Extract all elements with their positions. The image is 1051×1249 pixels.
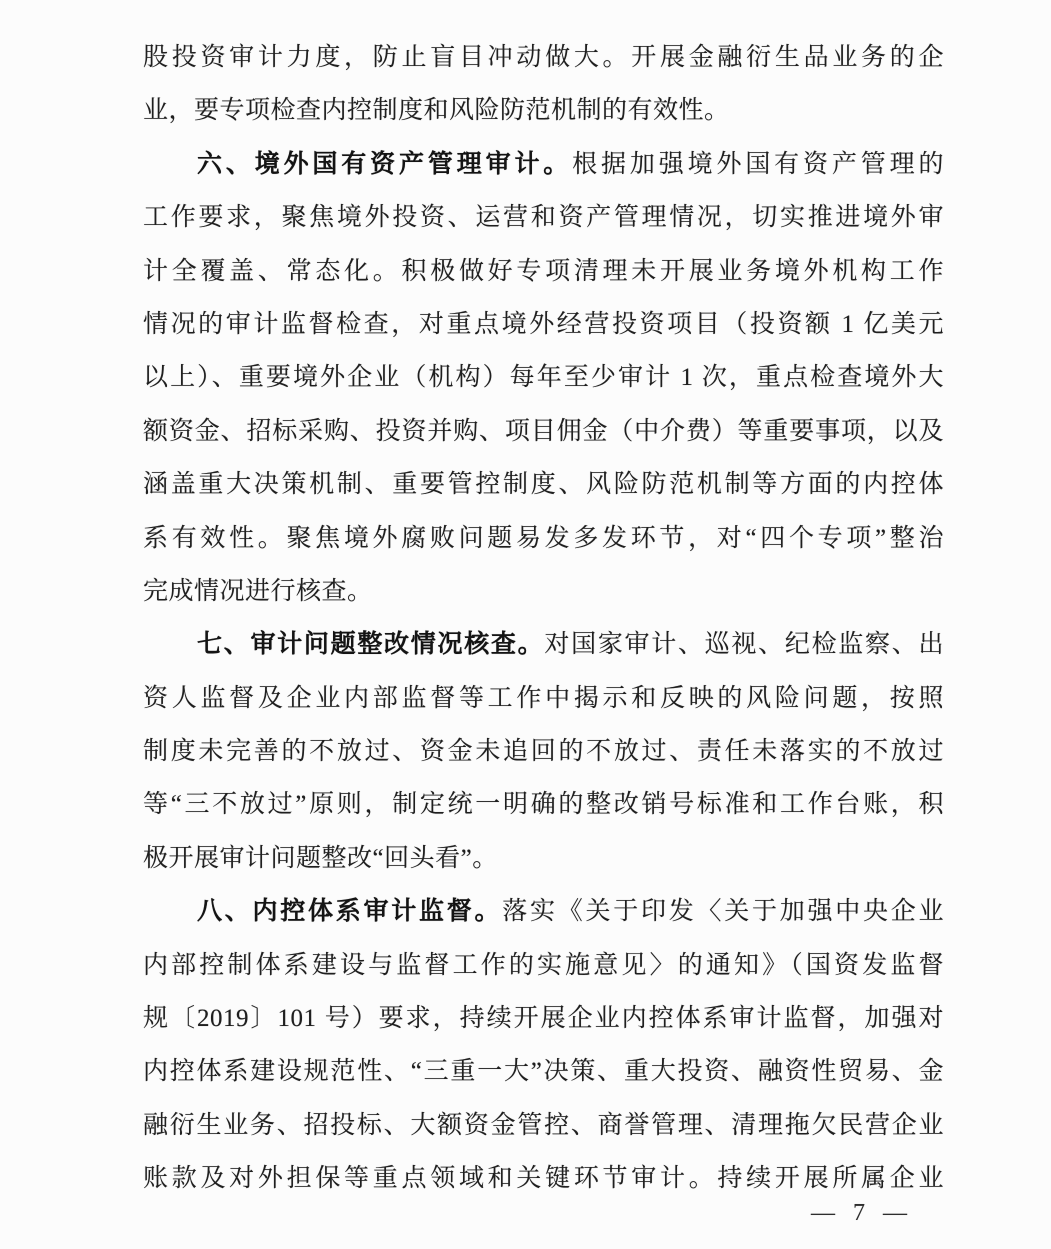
body-text: 计全覆盖、常态化。积极做好专项清理未开展业务境外机构工作 [143, 258, 944, 285]
body-text: 资人监督及企业内部监督等工作中揭示和反映的风险问题，按照 [143, 685, 944, 712]
text-line-9: 涵盖重大决策机制、重要管控制度、风险防范机制等方面的内控体 [143, 458, 944, 511]
body-text: 工作要求，聚焦境外投资、运营和资产管理情况，切实推进境外审 [143, 204, 944, 231]
page-number: — 7 — [811, 1200, 913, 1227]
text-line-22: 账款及对外担保等重点领域和关键环节审计。持续开展所属企业 [143, 1152, 944, 1205]
body-text: 情况的审计监督检查，对重点境外经营投资项目（投资额 1 亿美元 [143, 311, 944, 338]
document-body: 股投资审计力度，防止盲目冲动做大。开展金融衍生品业务的企业，要专项检查内控制度和… [143, 31, 944, 1206]
text-line-12: 七、审计问题整改情况核查。对国家审计、巡视、纪检监察、出 [143, 618, 944, 671]
body-text: 制度未完善的不放过、资金未追回的不放过、责任未落实的不放过 [143, 738, 944, 765]
text-line-10: 系有效性。聚焦境外腐败问题易发多发环节，对“四个专项”整治 [143, 512, 944, 565]
text-line-7: 以上）、重要境外企业（机构）每年至少审计 1 次，重点检查境外大 [143, 351, 944, 404]
body-text: 业，要专项检查内控制度和风险防范机制的有效性。 [143, 97, 730, 124]
body-text: 股投资审计力度，防止盲目冲动做大。开展金融衍生品业务的企 [143, 44, 944, 71]
text-line-8: 额资金、招标采购、投资并购、项目佣金（中介费）等重要事项，以及 [143, 405, 944, 458]
text-line-21: 融衍生业务、招投标、大额资金管控、商誉管理、清理拖欠民营企业 [143, 1099, 944, 1152]
body-text: 极开展审计问题整改“回头看”。 [143, 845, 498, 872]
section-heading: 七、审计问题整改情况核查。 [197, 630, 544, 658]
text-line-16: 极开展审计问题整改“回头看”。 [143, 832, 944, 885]
body-text: 以上）、重要境外企业（机构）每年至少审计 1 次，重点检查境外大 [143, 364, 944, 391]
body-text: 规〔2019〕101 号）要求，持续开展企业内控体系审计监督，加强对 [143, 1005, 944, 1032]
text-line-17: 八、内控体系审计监督。落实《关于印发〈关于加强中央企业 [143, 885, 944, 938]
body-text: 内控体系建设规范性、“三重一大”决策、重大投资、融资性贸易、金 [143, 1058, 944, 1085]
section-heading: 八、内控体系审计监督。 [197, 897, 502, 925]
body-text: 账款及对外担保等重点领域和关键环节审计。持续开展所属企业 [143, 1165, 944, 1192]
text-line-18: 内部控制体系建设与监督工作的实施意见〉的通知》（国资发监督 [143, 939, 944, 992]
text-line-14: 制度未完善的不放过、资金未追回的不放过、责任未落实的不放过 [143, 725, 944, 778]
text-line-20: 内控体系建设规范性、“三重一大”决策、重大投资、融资性贸易、金 [143, 1045, 944, 1098]
body-text: 落实《关于印发〈关于加强中央企业 [502, 898, 944, 925]
text-line-5: 计全覆盖、常态化。积极做好专项清理未开展业务境外机构工作 [143, 245, 944, 298]
document-page: 股投资审计力度，防止盲目冲动做大。开展金融衍生品业务的企业，要专项检查内控制度和… [0, 0, 1051, 1249]
section-heading: 六、境外国有资产管理审计。 [197, 150, 572, 178]
text-line-4: 工作要求，聚焦境外投资、运营和资产管理情况，切实推进境外审 [143, 191, 944, 244]
body-text: 根据加强境外国有资产管理的 [572, 151, 944, 178]
body-text: 系有效性。聚焦境外腐败问题易发多发环节，对“四个专项”整治 [143, 525, 944, 552]
body-text: 涵盖重大决策机制、重要管控制度、风险防范机制等方面的内控体 [143, 471, 944, 498]
text-line-15: 等“三不放过”原则，制定统一明确的整改销号标准和工作台账，积 [143, 778, 944, 831]
body-text: 融衍生业务、招投标、大额资金管控、商誉管理、清理拖欠民营企业 [143, 1112, 944, 1139]
text-line-6: 情况的审计监督检查，对重点境外经营投资项目（投资额 1 亿美元 [143, 298, 944, 351]
body-text: 内部控制体系建设与监督工作的实施意见〉的通知》（国资发监督 [143, 952, 944, 979]
text-line-19: 规〔2019〕101 号）要求，持续开展企业内控体系审计监督，加强对 [143, 992, 944, 1045]
text-line-2: 业，要专项检查内控制度和风险防范机制的有效性。 [143, 84, 944, 137]
body-text: 额资金、招标采购、投资并购、项目佣金（中介费）等重要事项，以及 [143, 418, 944, 445]
text-line-1: 股投资审计力度，防止盲目冲动做大。开展金融衍生品业务的企 [143, 31, 944, 84]
body-text: 完成情况进行核查。 [143, 578, 373, 605]
body-text: 对国家审计、巡视、纪检监察、出 [544, 631, 944, 658]
text-line-11: 完成情况进行核查。 [143, 565, 944, 618]
text-line-3: 六、境外国有资产管理审计。根据加强境外国有资产管理的 [143, 138, 944, 191]
text-line-13: 资人监督及企业内部监督等工作中揭示和反映的风险问题，按照 [143, 672, 944, 725]
body-text: 等“三不放过”原则，制定统一明确的整改销号标准和工作台账，积 [143, 791, 944, 818]
